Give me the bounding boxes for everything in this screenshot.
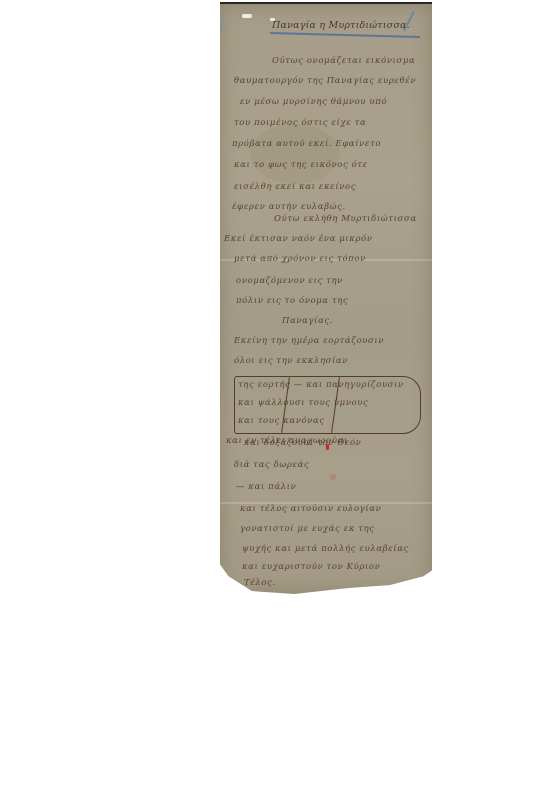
text-line: του ποιμένος όστις είχε τα — [234, 118, 366, 128]
text-line: μετά από χρόνον εις τόπον — [234, 254, 366, 264]
text-line: διά τας δωρεάς — [234, 460, 309, 470]
text-line: γονατιστοί με ευχάς εκ της — [240, 524, 375, 534]
text-line: και τους κανόνας — [238, 416, 325, 426]
title-underline — [270, 32, 420, 37]
text-line: και τέλος αιτούσιν ευλογίαν — [240, 504, 381, 514]
text-line: Ούτω εκλήθη Μυρτιδιώτισσα — [274, 214, 417, 224]
text-line: και το φως της εικόνος ότε — [234, 160, 368, 170]
text-line: Εκείνη την ημέρα εορτάζουσιν — [234, 336, 384, 346]
text-line: έφερεν αυτήν ευλαβώς. — [232, 202, 346, 212]
text-line: ψυχής και μετά πολλής ευλαβείας — [242, 544, 409, 554]
text-line: — και πάλιν — [236, 482, 296, 492]
text-line: θαυματουργόν της Παναγίας ευρεθέν — [234, 76, 416, 86]
text-line: εν μέσω μυρσίνης θάμνου υπό — [240, 97, 387, 107]
text-line: όλοι εις την εκκλησίαν — [234, 356, 348, 366]
text-line: πόλιν εις το όνομα της — [236, 296, 348, 306]
text-line: και ψάλλουσι τους ύμνους — [238, 398, 368, 408]
text-line: εισέλθη εκεί και εκείνος — [234, 182, 356, 192]
text-line: ονομαζόμενον εις την — [236, 276, 343, 286]
text-line: της εορτής — και πανηγυρίζουσιν — [238, 380, 404, 390]
document-title: Παναγία η Μυρτιδιώτισσα. — [272, 20, 428, 31]
paper-damage — [242, 14, 252, 18]
text-line: Τέλος. — [244, 578, 276, 588]
pencil-mark — [221, 18, 224, 32]
text-line: Ούτως ονομάζεται εικόνισμα — [272, 56, 415, 66]
text-line: Εκεί έκτισαν ναόν ένα μικρόν — [224, 234, 373, 244]
text-line: Παναγίας. — [282, 316, 333, 326]
manuscript-page: Παναγία η Μυρτιδιώτισσα. Ούτως ονομάζετα… — [220, 2, 432, 594]
paper-stain — [330, 474, 336, 480]
paper-stain — [250, 124, 340, 184]
text-line: πρόβατα αυτού εκεί. Εφαίνετο — [232, 139, 381, 149]
text-line: και ευχαριστούν τον Κύριον — [242, 562, 380, 572]
text-line: και δοξάζουσι τον Θεόν — [244, 438, 361, 448]
